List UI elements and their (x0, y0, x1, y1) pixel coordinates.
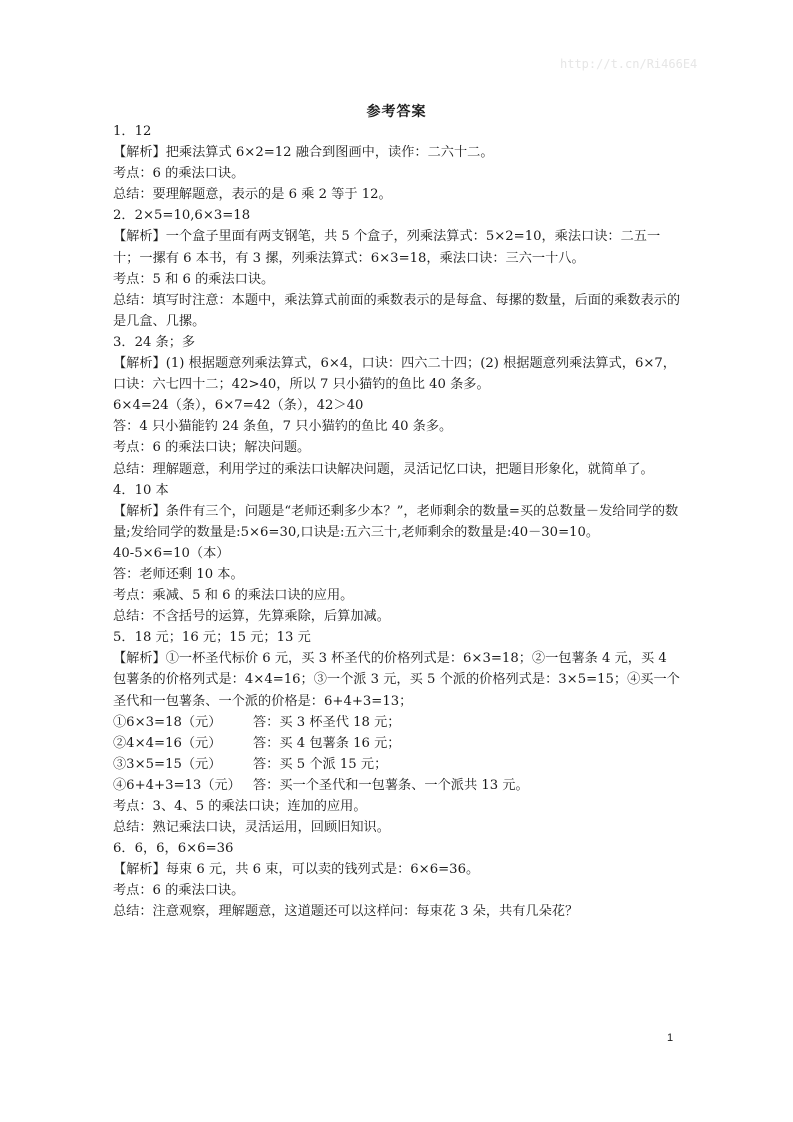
q2-summary: 总结：填写时注意：本题中，乘法算式前面的乘数表示的是每盒、每摞的数量，后面的乘数… (113, 290, 683, 332)
q2-answer: 2．2×5=10,6×3=18 (113, 205, 683, 226)
q5-equation: ③3×5=15（元） (113, 754, 253, 775)
q5-answer-row: ③3×5=15（元） 答：买 5 个派 15 元； (113, 754, 683, 775)
q6-answer: 6．6，6，6×6=36 (113, 838, 683, 859)
page-title: 参考答案 (0, 101, 793, 121)
answer-content: 1．12 【解析】把乘法算式 6×2=12 融合到图画中，读作：二六十二。 考点… (113, 121, 683, 923)
q2-analysis: 【解析】一个盒子里面有两支钢笔，共 5 个盒子，列乘法算式：5×2=10，乘法口… (113, 226, 683, 268)
q5-answer-row: ②4×4=16（元） 答：买 4 包薯条 16 元； (113, 733, 683, 754)
q3-equation: 6×4=24（条），6×7=42（条），42＞40 (113, 395, 683, 416)
q2-point: 考点：5 和 6 的乘法口诀。 (113, 269, 683, 290)
q6-point: 考点：6 的乘法口诀。 (113, 880, 683, 901)
q1-analysis: 【解析】把乘法算式 6×2=12 融合到图画中，读作：二六十二。 (113, 142, 683, 163)
q4-analysis: 【解析】条件有三个，问题是“老师还剩多少本？”，老师剩余的数量=买的总数量－发给… (113, 501, 683, 543)
q4-equation: 40-5×6=10（本） (113, 543, 683, 564)
q5-equation: ②4×4=16（元） (113, 733, 253, 754)
q6-summary: 总结：注意观察，理解题意，这道题还可以这样问：每束花 3 朵，共有几朵花？ (113, 901, 683, 922)
q3-reply: 答：4 只小猫能钓 24 条鱼，7 只小猫钓的鱼比 40 条多。 (113, 416, 683, 437)
q3-answer: 3．24 条；多 (113, 332, 683, 353)
watermark-url: http://t.cn/Ri466E4 (560, 57, 697, 71)
q5-reply: 答：买 4 包薯条 16 元； (253, 733, 400, 754)
q4-reply: 答：老师还剩 10 本。 (113, 564, 683, 585)
q5-reply: 答：买 3 杯圣代 18 元； (253, 712, 400, 733)
q5-reply: 答：买 5 个派 15 元； (253, 754, 387, 775)
q1-point: 考点：6 的乘法口诀。 (113, 163, 683, 184)
page-number: 1 (667, 1032, 673, 1044)
q5-equation: ④6+4+3=13（元） (113, 775, 253, 796)
q4-point: 考点：乘减、5 和 6 的乘法口诀的应用。 (113, 585, 683, 606)
q5-answer-row: ①6×3=18（元） 答：买 3 杯圣代 18 元； (113, 712, 683, 733)
q3-summary: 总结：理解题意，利用学过的乘法口诀解决问题，灵活记忆口诀，把题目形象化，就简单了… (113, 459, 683, 480)
q5-summary: 总结：熟记乘法口诀，灵活运用，回顾旧知识。 (113, 817, 683, 838)
q4-answer: 4．10 本 (113, 480, 683, 501)
q3-point: 考点：6 的乘法口诀；解决问题。 (113, 437, 683, 458)
q5-answer: 5．18 元；16 元；15 元；13 元 (113, 627, 683, 648)
q5-analysis: 【解析】①一杯圣代标价 6 元，买 3 杯圣代的价格列式是：6×3=18；②一包… (113, 648, 683, 711)
q6-analysis: 【解析】每束 6 元，共 6 束，可以卖的钱列式是：6×6=36。 (113, 859, 683, 880)
q5-point: 考点：3、4、5 的乘法口诀；连加的应用。 (113, 796, 683, 817)
q5-answer-row: ④6+4+3=13（元） 答：买一个圣代和一包薯条、一个派共 13 元。 (113, 775, 683, 796)
q3-analysis: 【解析】(1) 根据题意列乘法算式，6×4，口诀：四六二十四；(2) 根据题意列… (113, 353, 683, 395)
q5-reply: 答：买一个圣代和一包薯条、一个派共 13 元。 (253, 775, 529, 796)
q4-summary: 总结：不含括号的运算，先算乘除，后算加减。 (113, 606, 683, 627)
q1-answer: 1．12 (113, 121, 683, 142)
q1-summary: 总结：要理解题意，表示的是 6 乘 2 等于 12。 (113, 184, 683, 205)
q5-equation: ①6×3=18（元） (113, 712, 253, 733)
